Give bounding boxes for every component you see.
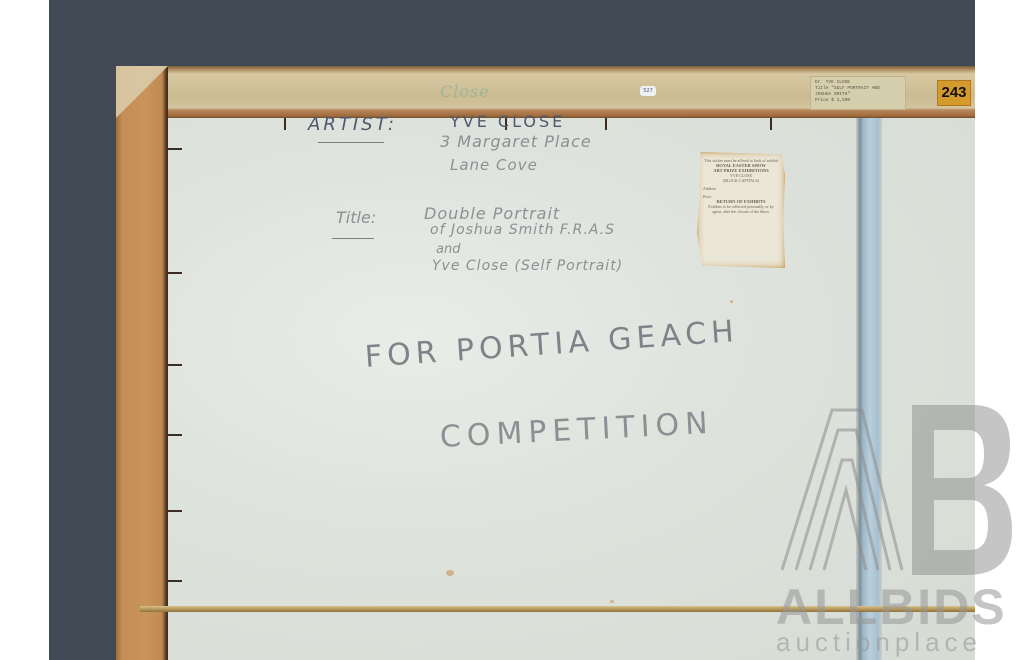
- address-line-2: Lane Cove: [450, 156, 538, 174]
- title-line-3: and: [436, 242, 460, 257]
- tack: [770, 118, 772, 130]
- tack: [168, 580, 182, 582]
- frame-mitre-corner: [116, 66, 168, 118]
- title-line-1: Double Portrait: [424, 204, 560, 223]
- tack: [168, 434, 182, 436]
- allbids-logo-icon: [772, 400, 1012, 580]
- tack: [168, 272, 182, 274]
- stain: [446, 570, 454, 576]
- sticker-address-label: Address: [703, 186, 779, 191]
- inventory-sticker: 527: [640, 86, 656, 96]
- title-line-4: Yve Close (Self Portrait): [432, 258, 623, 274]
- frame-pencil-scribble: Close: [440, 82, 490, 101]
- lot-number-tag: 243: [937, 80, 971, 106]
- watermark-brand: ALLBIDS: [776, 582, 1007, 632]
- title-underline: [332, 238, 374, 239]
- artist-name: YVE CLOSE: [450, 112, 565, 131]
- artist-label: ARTIST:: [308, 114, 397, 135]
- tack: [284, 118, 286, 130]
- label-price-line: Price $ 1,500: [815, 98, 901, 104]
- watermark-tagline: auctionplace: [776, 628, 982, 656]
- tack: [168, 510, 182, 512]
- stain: [610, 600, 614, 603]
- title-line-2: of Joshua Smith F.R.A.S: [430, 222, 615, 238]
- tack: [168, 364, 182, 366]
- exhibition-sticker: This sticker must be affixed to back of …: [697, 152, 785, 268]
- title-label: Title:: [336, 208, 376, 227]
- address-line-1: 3 Margaret Place: [440, 132, 592, 151]
- frame-left-rail: [116, 66, 168, 660]
- sticker-block: (BLOCK CAPITALS): [703, 178, 779, 183]
- tack: [168, 148, 182, 150]
- sticker-body: Exhibits to be collected personally, or …: [703, 204, 779, 214]
- stain: [730, 300, 733, 303]
- typed-paper-label: Dr. YVE CLOSE Title "SELF PORTRAIT AND J…: [810, 76, 906, 110]
- artist-underline: [318, 142, 384, 143]
- tack: [605, 118, 607, 130]
